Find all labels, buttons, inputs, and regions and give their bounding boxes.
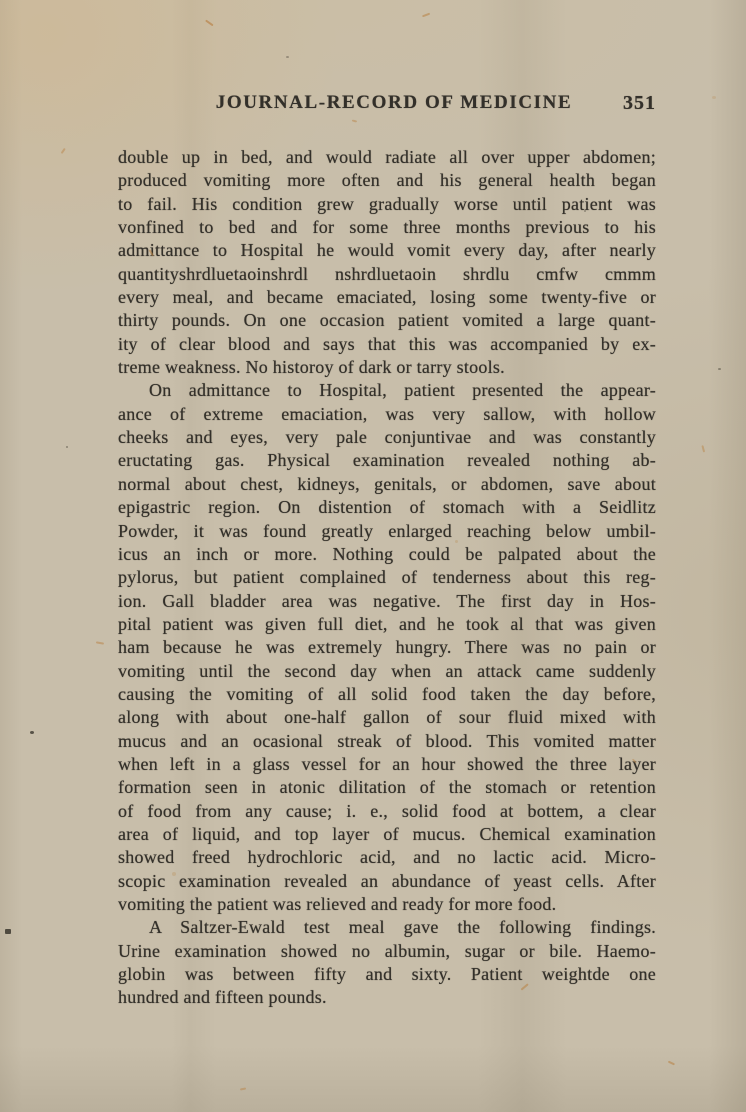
text-line: along with about one-half gallon of sour… [118, 706, 656, 729]
paper-speck [66, 446, 68, 448]
text-line: A Saltzer-Ewald test meal gave the follo… [118, 916, 656, 939]
text-line: globin was between fifty and sixty. Pati… [118, 963, 656, 986]
text-line: ham because he was extremely hungry. The… [118, 636, 656, 659]
paper-speck [718, 368, 721, 370]
paper-speck [286, 56, 289, 58]
text-line: every meal, and became emaciated, losing… [118, 286, 656, 309]
text-line: ance of extreme emaciation, was very sal… [118, 403, 656, 426]
journal-title: JOURNAL-RECORD OF MEDICINE [118, 92, 656, 114]
text-line: scopic examination revealed an abundance… [118, 870, 656, 893]
text-line: vomiting the patient was relieved and re… [118, 893, 656, 916]
text-line: formation seen in atonic dilitation of t… [118, 776, 656, 799]
text-line: ion. Gall bladder area was negative. The… [118, 590, 656, 613]
text-line: ity of clear blood and says that this wa… [118, 333, 656, 356]
paper-fiber [96, 641, 104, 644]
scanned-journal-page: JOURNAL-RECORD OF MEDICINE 351 double up… [0, 0, 746, 1112]
text-line: to fail. His condition grew gradually wo… [118, 193, 656, 216]
paper-fiber [668, 1061, 675, 1065]
text-line: icus an inch or more. Nothing could be p… [118, 543, 656, 566]
text-line: treme weakness. No historoy of dark or t… [118, 356, 656, 379]
paper-fiber [61, 148, 66, 154]
text-line: when left in a glass vessel for an hour … [118, 753, 656, 776]
paper-speck [712, 96, 716, 99]
text-line: hundred and fifteen pounds. [118, 986, 656, 1009]
text-line: On admittance to Hospital, patient prese… [118, 379, 656, 402]
paper-fiber [205, 20, 213, 26]
text-line: showed freed hydrochloric acid, and no l… [118, 846, 656, 869]
body-text: double up in bed, and would radiate all … [118, 146, 656, 1010]
text-line: produced vomiting more often and his gen… [118, 169, 656, 192]
text-line: vonfined to bed and for some three month… [118, 216, 656, 239]
text-line: admittance to Hospital he would vomit ev… [118, 239, 656, 262]
text-line: causing the vomiting of all solid food t… [118, 683, 656, 706]
paper-fiber [702, 445, 705, 452]
text-line: pital patient was given full diet, and h… [118, 613, 656, 636]
text-block: JOURNAL-RECORD OF MEDICINE 351 double up… [118, 92, 656, 1010]
text-line: pylorus, but patient complained of tende… [118, 566, 656, 589]
text-line: eructating gas. Physical examination rev… [118, 449, 656, 472]
text-line: of food from any cause; i. e., solid foo… [118, 800, 656, 823]
text-line: vomiting until the second day when an at… [118, 660, 656, 683]
running-head: JOURNAL-RECORD OF MEDICINE 351 [118, 92, 656, 118]
text-line: thirty pounds. On one occasion patient v… [118, 309, 656, 332]
paper-speck [30, 731, 34, 734]
text-line: cheeks and eyes, very pale conjuntivae a… [118, 426, 656, 449]
text-line: area of liquid, and top layer of mucus. … [118, 823, 656, 846]
text-line: double up in bed, and would radiate all … [118, 146, 656, 169]
paper-fiber [5, 929, 11, 934]
text-line: mucus and an ocasional streak of blood. … [118, 730, 656, 753]
text-line: normal about chest, kidneys, genitals, o… [118, 473, 656, 496]
text-line: epigastric region. On distention of stom… [118, 496, 656, 519]
text-line: Urine examination showed no albumin, sug… [118, 940, 656, 963]
paper-fiber [422, 13, 430, 17]
page-number: 351 [623, 92, 656, 115]
text-line: Powder, it was found greatly enlarged re… [118, 520, 656, 543]
text-line: quantityshrdluetaoinshrdl nshrdluetaoin … [118, 263, 656, 286]
paper-fiber [240, 1087, 246, 1090]
